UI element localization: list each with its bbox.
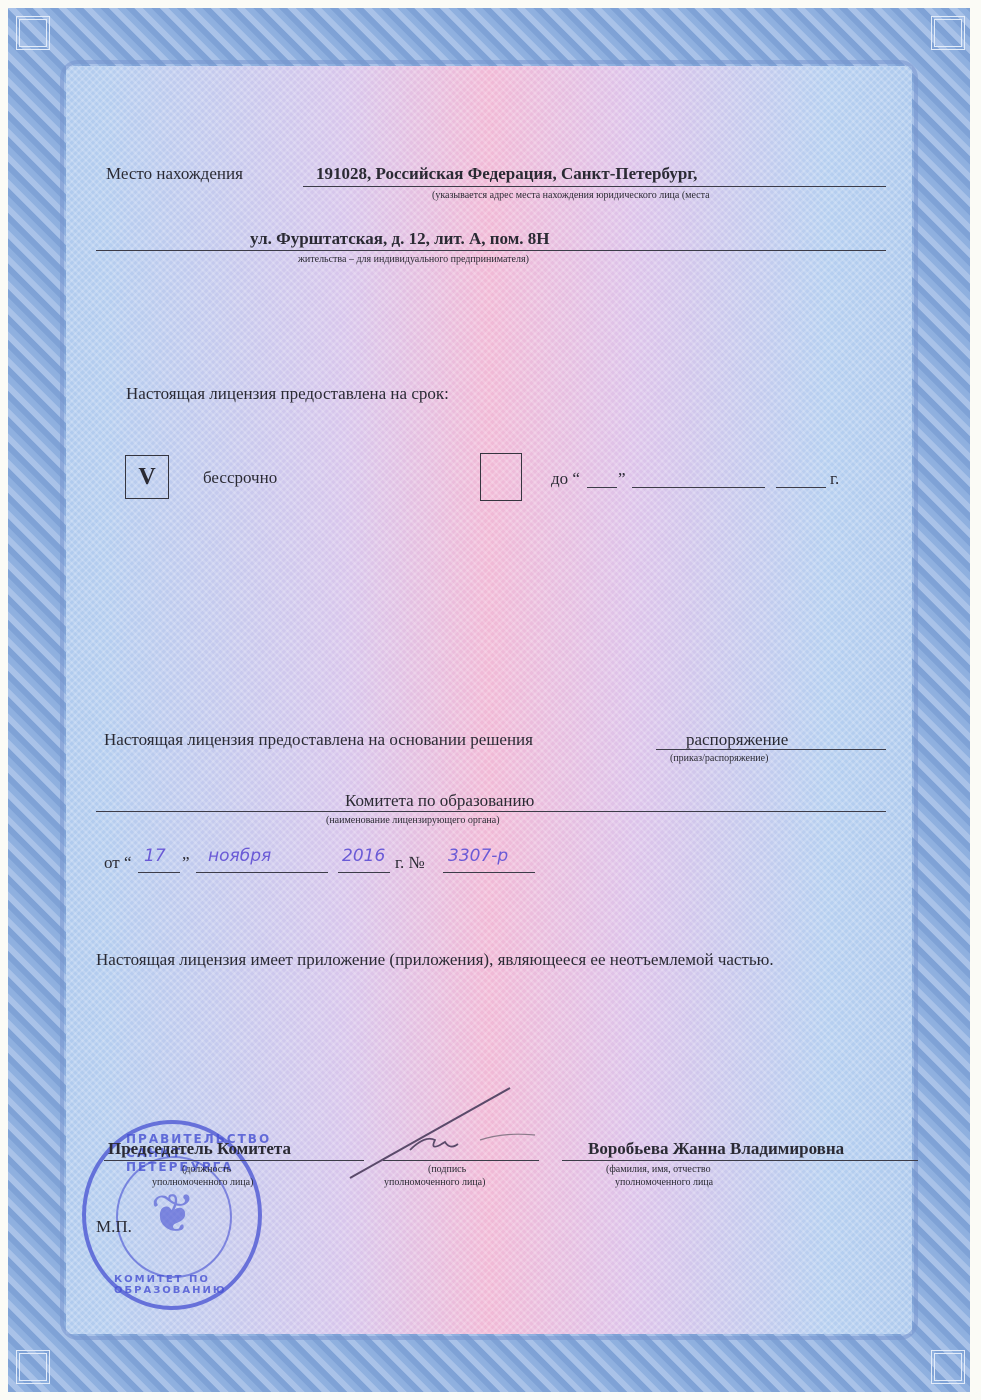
position-hint-1: (должность [182, 1164, 231, 1175]
decision-month: ноября [208, 846, 271, 866]
stamp-place-label: М.П. [96, 1217, 132, 1237]
decision-month-underline [196, 872, 328, 873]
checkbox-until-date[interactable] [480, 453, 522, 501]
term-heading: Настоящая лицензия предоставлена на срок… [126, 384, 449, 404]
address-hint-1: (указывается адрес места нахождения юрид… [432, 190, 710, 201]
decision-day-underline [138, 872, 180, 873]
decision-year: 2016 [342, 846, 385, 866]
signatory-name: Воробьева Жанна Владимировна [588, 1139, 844, 1159]
decision-day: 17 [144, 846, 166, 866]
address-line-1-underline [303, 186, 886, 187]
address-line-2-underline [96, 250, 886, 251]
seal-text-inner: КОМИТЕТ ПО ОБРАЗОВАНИЮ [114, 1274, 258, 1296]
authority-value: Комитета по образованию [345, 791, 534, 811]
position-value: Председатель Комитета [108, 1139, 291, 1159]
check-mark-icon: V [138, 464, 155, 491]
address-line-2: ул. Фурштатская, д. 12, лит. А, пом. 8Н [250, 229, 550, 249]
option-until-mid: ” [618, 469, 626, 489]
date-mid: ” [182, 853, 190, 873]
address-label: Место нахождения [106, 164, 243, 184]
decision-year-underline [338, 872, 390, 873]
corner-ornament-icon [931, 1350, 965, 1384]
checkbox-unlimited[interactable]: V [125, 455, 169, 499]
until-day-field[interactable] [587, 487, 617, 488]
name-hint-2: уполномоченного лица [615, 1177, 713, 1188]
name-hint-1: (фамилия, имя, отчество [606, 1164, 711, 1175]
option-unlimited-label: бессрочно [203, 468, 277, 488]
until-month-field[interactable] [632, 487, 765, 488]
option-until-year-suffix: г. [830, 469, 839, 489]
until-year-field[interactable] [776, 487, 826, 488]
position-hint-2: уполномоченного лица) [152, 1177, 253, 1188]
address-line-1: 191028, Российская Федерация, Санкт-Пете… [316, 164, 697, 184]
date-year-suffix: г. № [395, 853, 425, 873]
basis-text: Настоящая лицензия предоставлена на осно… [104, 730, 533, 750]
corner-ornament-icon [931, 16, 965, 50]
authority-hint: (наименование лицензирующего органа) [326, 815, 500, 826]
double-headed-eagle-icon: ❦ [138, 1179, 208, 1249]
signatory-name-underline [562, 1160, 918, 1161]
date-prefix: от “ [104, 853, 132, 873]
authority-underline [96, 811, 886, 812]
handwritten-signature-icon [340, 1080, 560, 1190]
decision-number-underline [443, 872, 535, 873]
address-hint-2: жительства – для индивидуального предпри… [298, 254, 529, 265]
option-until-prefix: до “ [551, 469, 580, 489]
appendix-note: Настоящая лицензия имеет приложение (при… [96, 950, 774, 970]
corner-ornament-icon [16, 1350, 50, 1384]
decision-number: 3307-р [448, 846, 508, 866]
corner-ornament-icon [16, 16, 50, 50]
decision-type-hint: (приказ/распоряжение) [670, 753, 768, 764]
decision-type-value: распоряжение [686, 730, 788, 750]
decision-type-underline [656, 749, 886, 750]
position-underline [104, 1160, 364, 1161]
